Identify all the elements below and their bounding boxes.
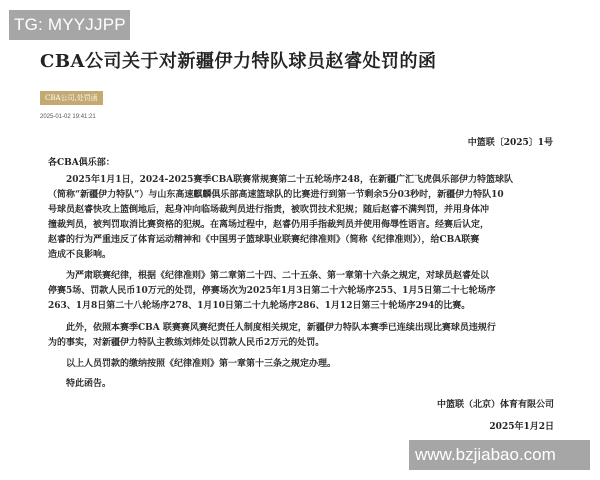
paragraph-line: 停赛5场、罚款人民币10万元的处罚，停赛场次为2025年1月3日第二十六轮场序2…: [48, 284, 558, 299]
category-badge[interactable]: CBA公司,处罚函: [40, 91, 103, 105]
paragraph-line: 号球员赵睿快攻上篮倒地后，起身冲向临场裁判员进行指责，被吹罚技术犯规；随后赵睿不…: [48, 203, 558, 218]
article-title: CBA公司关于对新疆伊力特队球员赵睿处罚的函: [40, 47, 437, 73]
publish-timestamp: 2025-01-02 19:41:21: [40, 114, 96, 120]
paragraph-line: 撞裁判员，被判罚取消比赛资格的犯规。在离场过程中，赵睿仍用手指裁判员并使用侮辱性…: [48, 218, 558, 233]
paragraph-line: （简称“新疆伊力特队”）与山东高速麒麟俱乐部高速篮球队的比赛进行到第一节剩余5分…: [48, 188, 558, 203]
signature-organization: 中篮联（北京）体育有限公司: [437, 397, 554, 410]
paragraph-line: 以上人员罚款的缴纳按照《纪律准则》第一章第十三条之规定办理。: [48, 357, 558, 372]
paragraph-line: 263、1月8日第二十八轮场序278、1月10日第二十九轮场序286、1月12日…: [48, 299, 558, 314]
paragraph-penalty-coach: 此外，依照本赛季CBA 联赛赛风赛纪责任人制度相关规定，新疆伊力特队本赛季已连续…: [48, 321, 558, 351]
paragraph-line: 2025年1月1日，2024-2025赛季CBA联赛常规赛第二十五轮场序248，…: [48, 173, 558, 188]
paragraph-line: 赵睿的行为严重违反了体育运动精神和《中国男子篮球职业联赛纪律准则》（简称《纪律准…: [48, 233, 558, 248]
paragraph-line: 特此函告。: [48, 377, 558, 392]
paragraph-incident: 2025年1月1日，2024-2025赛季CBA联赛常规赛第二十五轮场序248，…: [48, 173, 558, 263]
paragraph-payment: 以上人员罚款的缴纳按照《纪律准则》第一章第十三条之规定办理。: [48, 357, 558, 372]
watermark-top: TG: MYYJJPP: [9, 10, 130, 40]
paragraph-line: 为严肃联赛纪律，根据《纪律准则》第二章第二十四、二十五条、第一章第十六条之规定，…: [48, 269, 558, 284]
paragraph-closing: 特此函告。: [48, 377, 558, 392]
paragraph-line: 为的事实，对新疆伊力特队主教练刘炜处以罚款人民币2万元的处罚。: [48, 336, 558, 351]
signature-date: 2025年1月2日: [489, 419, 554, 432]
paragraph-line: 此外，依照本赛季CBA 联赛赛风赛纪责任人制度相关规定，新疆伊力特队本赛季已连续…: [48, 321, 558, 336]
document-number: 中篮联〔2025〕1号: [468, 135, 553, 148]
salutation: 各CBA俱乐部：: [48, 155, 115, 168]
watermark-bottom: www.bzjiabao.com: [409, 440, 590, 470]
paragraph-line: 造成不良影响。: [48, 248, 558, 263]
paragraph-penalty-player: 为严肃联赛纪律，根据《纪律准则》第二章第二十四、二十五条、第一章第十六条之规定，…: [48, 269, 558, 314]
